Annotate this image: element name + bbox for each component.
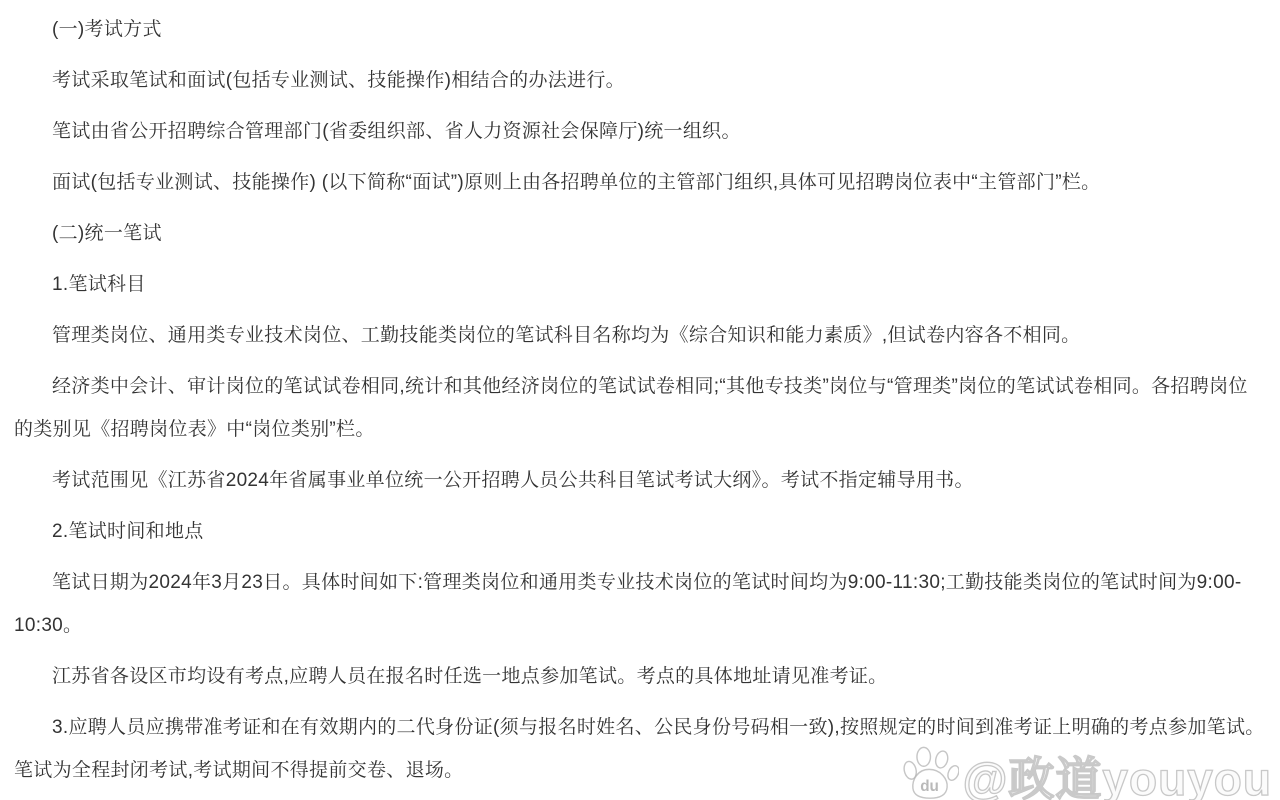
section-heading-exam-method: (一)考试方式 (14, 8, 1266, 51)
paragraph: 3.应聘人员应携带准考证和在有效期内的二代身份证(须与报名时姓名、公民身份号码相… (14, 706, 1266, 792)
paragraph: 管理类岗位、通用类专业技术岗位、工勤技能类岗位的笔试科目名称均为《综合知识和能力… (14, 314, 1266, 357)
subheading-written-test-subjects: 1.笔试科目 (14, 263, 1266, 306)
paragraph: 考试范围见《江苏省2024年省属事业单位统一公开招聘人员公共科目笔试考试大纲》。… (14, 459, 1266, 502)
section-heading-unified-written-test: (二)统一笔试 (14, 212, 1266, 255)
document-body: (一)考试方式 考试采取笔试和面试(包括专业测试、技能操作)相结合的办法进行。 … (0, 8, 1280, 792)
paragraph: 江苏省各设区市均设有考点,应聘人员在报名时任选一地点参加笔试。考点的具体地址请见… (14, 655, 1266, 698)
paragraph: 经济类中会计、审计岗位的笔试试卷相同,统计和其他经济岗位的笔试试卷相同;“其他专… (14, 365, 1266, 451)
document-page: (一)考试方式 考试采取笔试和面试(包括专业测试、技能操作)相结合的办法进行。 … (0, 8, 1280, 800)
paragraph: 笔试日期为2024年3月23日。具体时间如下:管理类岗位和通用类专业技术岗位的笔… (14, 561, 1266, 647)
subheading-written-test-time-place: 2.笔试时间和地点 (14, 510, 1266, 553)
paragraph: 考试采取笔试和面试(包括专业测试、技能操作)相结合的办法进行。 (14, 59, 1266, 102)
paragraph: 笔试由省公开招聘综合管理部门(省委组织部、省人力资源社会保障厅)统一组织。 (14, 110, 1266, 153)
paragraph: 面试(包括专业测试、技能操作) (以下简称“面试”)原则上由各招聘单位的主管部门… (14, 161, 1266, 204)
